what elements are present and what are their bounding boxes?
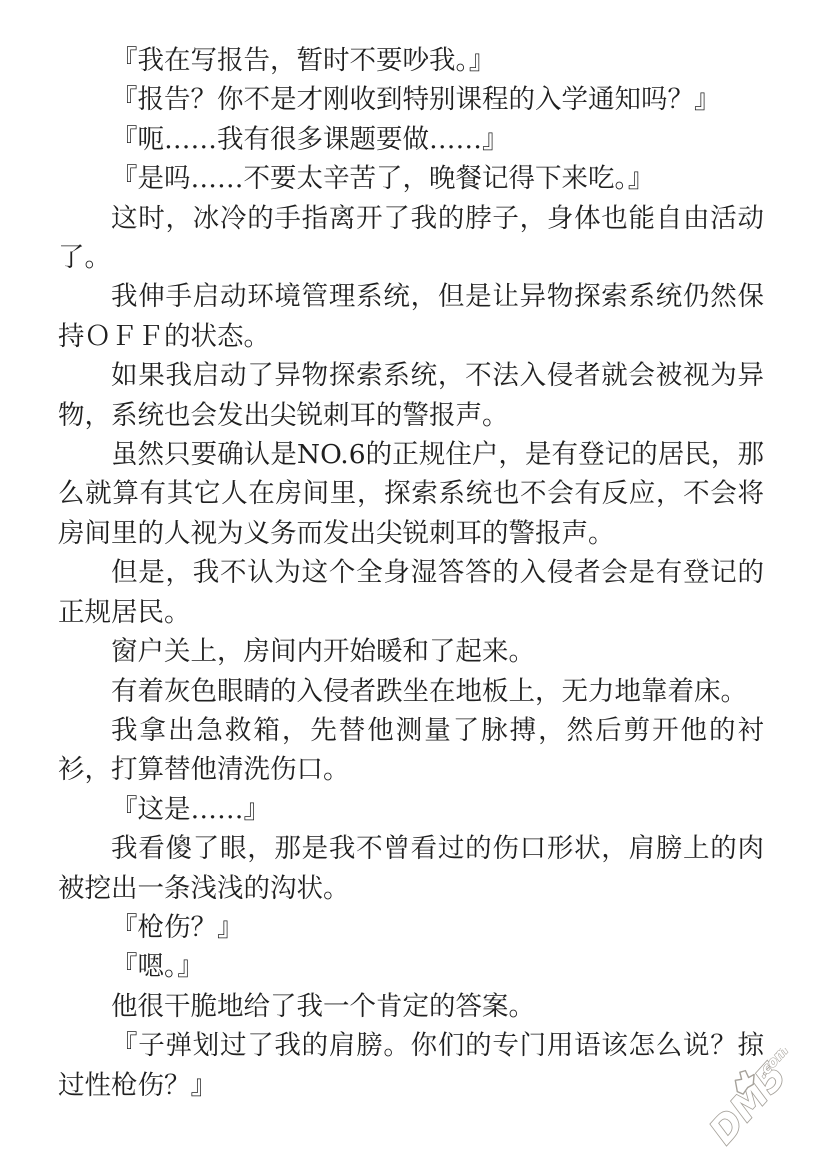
paragraph: 『这是……』 (58, 790, 764, 829)
novel-text: 『我在写报告，暂时不要吵我。』『报告？你不是才刚收到特别课程的入学通知吗？』『呃… (58, 41, 764, 1105)
paragraph: 他很干脆地给了我一个肯定的答案。 (58, 987, 764, 1026)
paragraph: 我看傻了眼，那是我不曾看过的伤口形状，肩膀上的肉被挖出一条浅浅的沟状。 (58, 829, 764, 908)
paragraph: 『子弹划过了我的肩膀。你们的专门用语该怎么说？掠过性枪伤？』 (58, 1026, 764, 1105)
paragraph: 虽然只要确认是NO.6的正规住户，是有登记的居民，那么就算有其它人在房间里，探索… (58, 435, 764, 553)
paragraph: 『是吗……不要太辛苦了，晚餐记得下来吃。』 (58, 159, 764, 198)
paragraph: 但是，我不认为这个全身湿答答的入侵者会是有登记的正规居民。 (58, 553, 764, 632)
watermark-rotated-group: DM5 .com (700, 1048, 808, 1152)
dm5-watermark: DM5 .com (700, 1048, 826, 1167)
paragraph: 窗户关上，房间内开始暖和了起来。 (58, 632, 764, 671)
screenshot-root: { "page": { "background": "#ffffff", "te… (0, 0, 826, 1169)
paragraph: 『呃……我有很多课题要做……』 (58, 120, 764, 159)
paragraph: 有着灰色眼睛的入侵者跌坐在地板上，无力地靠着床。 (58, 672, 764, 711)
paragraph: 『枪伤？』 (58, 908, 764, 947)
paragraph: 『我在写报告，暂时不要吵我。』 (58, 41, 764, 80)
paragraph: 『报告？你不是才刚收到特别课程的入学通知吗？』 (58, 80, 764, 119)
watermark-site-text: DM5 (702, 1055, 795, 1152)
novel-reader-page: 『我在写报告，暂时不要吵我。』『报告？你不是才刚收到特别课程的入学通知吗？』『呃… (0, 0, 826, 1169)
paragraph: 我拿出急救箱，先替他测量了脉搏，然后剪开他的衬衫，打算替他清洗伤口。 (58, 711, 764, 790)
paragraph: 这时，冰冷的手指离开了我的脖子，身体也能自由活动了。 (58, 199, 764, 278)
paragraph: 如果我启动了异物探索系统，不法入侵者就会被视为异物，系统也会发出尖锐刺耳的警报声… (58, 356, 764, 435)
paragraph: 我伸手启动环境管理系统，但是让异物探索系统仍然保持ＯＦＦ的状态。 (58, 277, 764, 356)
paragraph: 『嗯。』 (58, 947, 764, 986)
